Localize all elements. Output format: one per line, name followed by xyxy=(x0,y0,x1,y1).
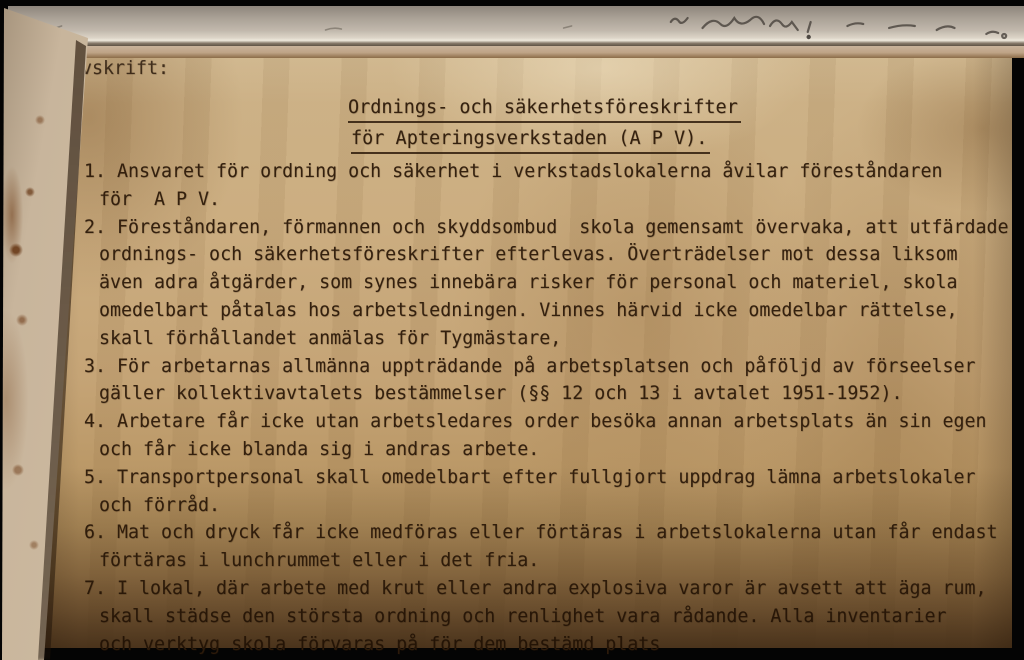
rule-text: gäller kollektivavtalets bestämmelser (§… xyxy=(99,383,902,404)
rule-text: och får icke blanda sig i andras arbete. xyxy=(99,439,539,460)
framed-document-photo: Avskrift: Ordnings- och säkerhetsföreskr… xyxy=(0,0,1024,660)
rule-text: skall städse den största ordning och ren… xyxy=(99,606,946,627)
rule-text: Mat och dryck får icke medföras eller fö… xyxy=(117,522,998,543)
rule-line: gäller kollektivavtalets bestämmelser (§… xyxy=(84,380,1004,408)
rule-line: ordnings- och säkerhetsföreskrifter efte… xyxy=(84,241,1004,269)
rule-line: och verktyg skola förvaras på för dem be… xyxy=(84,631,1004,659)
rule-line: och får icke blanda sig i andras arbete. xyxy=(84,436,1004,464)
rule-text: Transportpersonal skall omedelbart efter… xyxy=(117,467,976,488)
rule-number: 1. xyxy=(84,158,117,186)
rule-line: även adra åtgärder, som synes innebära r… xyxy=(84,269,1004,297)
rule-text: ordnings- och säkerhetsföreskrifter efte… xyxy=(99,244,958,265)
rule-line: skall städse den största ordning och ren… xyxy=(84,603,1004,631)
rule-text: även adra åtgärder, som synes innebära r… xyxy=(99,272,958,293)
document-title-line-2: för Apteringsverkstaden (A P V). xyxy=(351,128,710,154)
rules-list: 1.Ansvaret för ordning och säkerhet i ve… xyxy=(84,158,1004,658)
rule-text: för A P V. xyxy=(99,189,220,210)
rule-text: Ansvaret för ordning och säkerhet i verk… xyxy=(117,161,942,182)
rule-line: för A P V. xyxy=(84,186,1004,214)
rule-text: I lokal, där arbete med krut eller andra… xyxy=(117,578,987,599)
document-title-line-1: Ordnings- och säkerhetsföreskrifter xyxy=(348,97,741,123)
rule-text: omedelbart påtalas hos arbetsledningen. … xyxy=(99,300,958,321)
rule-text: förtäras i lunchrummet eller i det fria. xyxy=(99,550,539,571)
rule-line: skall förhållandet anmälas för Tygmästar… xyxy=(84,325,1004,353)
rule-line: 2.Föreståndaren, förmannen och skyddsomb… xyxy=(84,214,1004,242)
pencil-scribbles-icon xyxy=(8,6,1024,46)
frame-top-bevel xyxy=(8,46,1024,58)
rule-number: 6. xyxy=(84,519,117,547)
rule-number: 5. xyxy=(84,464,117,492)
rule-text: För arbetarnas allmänna uppträdande på a… xyxy=(117,356,976,377)
rule-line: och förråd. xyxy=(84,492,1004,520)
rule-number: 4. xyxy=(84,408,117,436)
rule-number: 3. xyxy=(84,353,117,381)
rule-line: 5.Transportpersonal skall omedelbart eft… xyxy=(84,464,1004,492)
rule-text: Föreståndaren, förmannen och skyddsombud… xyxy=(117,217,1009,238)
frame-top-rail xyxy=(8,6,1024,46)
rule-text: skall förhållandet anmälas för Tygmästar… xyxy=(99,328,561,349)
rule-line: omedelbart påtalas hos arbetsledningen. … xyxy=(84,297,1004,325)
document-paper: Avskrift: Ordnings- och säkerhetsföreskr… xyxy=(30,44,1012,648)
rule-number: 2. xyxy=(84,214,117,242)
rule-line: 4.Arbetare får icke utan arbetsledares o… xyxy=(84,408,1004,436)
rule-number: 7. xyxy=(84,575,117,603)
rule-line: 7.I lokal, där arbete med krut eller and… xyxy=(84,575,1004,603)
rule-text: och verktyg skola förvaras på för dem be… xyxy=(99,634,660,655)
rule-text: och förråd. xyxy=(99,495,220,516)
rule-text: Arbetare får icke utan arbetsledares ord… xyxy=(117,411,987,432)
rule-line: förtäras i lunchrummet eller i det fria. xyxy=(84,547,1004,575)
rule-line: 1.Ansvaret för ordning och säkerhet i ve… xyxy=(84,158,1004,186)
rule-line: 6.Mat och dryck får icke medföras eller … xyxy=(84,519,1004,547)
rule-line: 3.För arbetarnas allmänna uppträdande på… xyxy=(84,353,1004,381)
